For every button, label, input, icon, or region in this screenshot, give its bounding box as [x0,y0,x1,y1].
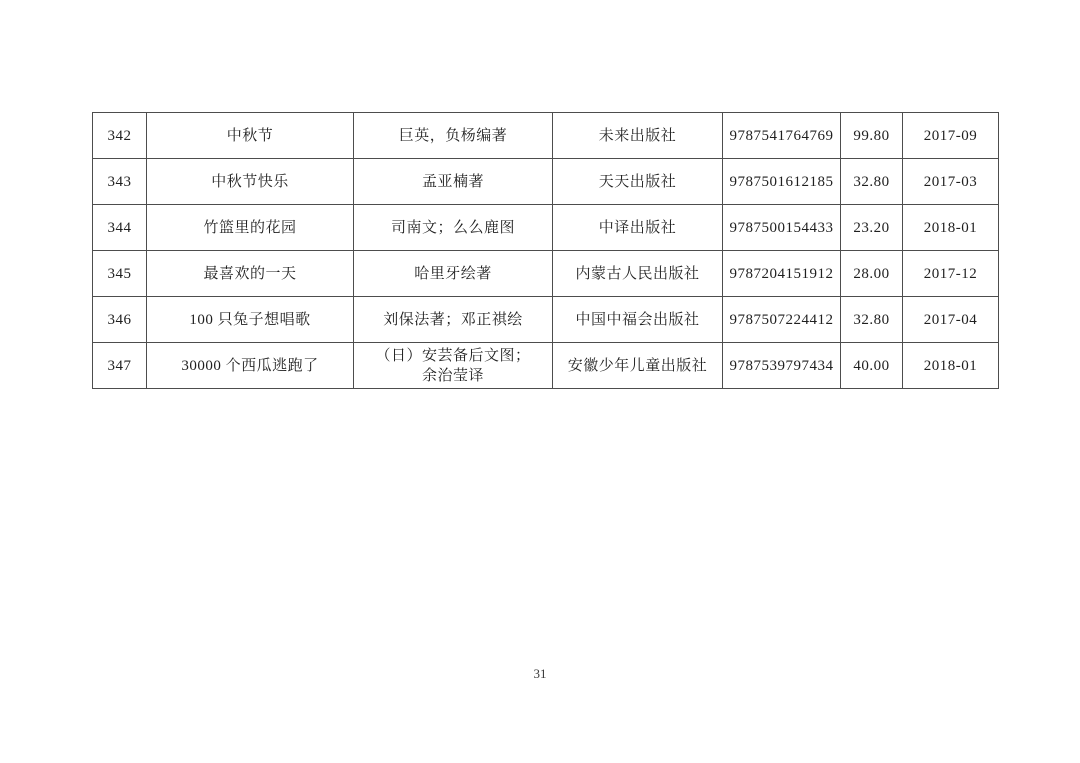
cell-date: 2017-12 [903,251,999,297]
cell-publisher: 中译出版社 [553,205,723,251]
book-list-table: 342 中秋节 巨英，负杨编著 未来出版社 9787541764769 99.8… [92,112,999,389]
table-row: 342 中秋节 巨英，负杨编著 未来出版社 9787541764769 99.8… [93,113,999,159]
table-row: 346 100 只兔子想唱歌 刘保法著；邓正祺绘 中国中福会出版社 978750… [93,297,999,343]
cell-price: 28.00 [841,251,903,297]
cell-index: 342 [93,113,147,159]
cell-title: 100 只兔子想唱歌 [147,297,354,343]
cell-isbn: 9787204151912 [723,251,841,297]
cell-isbn: 9787541764769 [723,113,841,159]
cell-author: 孟亚楠著 [354,159,553,205]
cell-price: 32.80 [841,297,903,343]
cell-isbn: 9787501612185 [723,159,841,205]
cell-title: 中秋节快乐 [147,159,354,205]
cell-publisher: 中国中福会出版社 [553,297,723,343]
cell-author: 巨英，负杨编著 [354,113,553,159]
cell-title: 竹篮里的花园 [147,205,354,251]
cell-title: 最喜欢的一天 [147,251,354,297]
table-row: 343 中秋节快乐 孟亚楠著 天天出版社 9787501612185 32.80… [93,159,999,205]
cell-date: 2017-04 [903,297,999,343]
cell-author: 刘保法著；邓正祺绘 [354,297,553,343]
cell-publisher: 未来出版社 [553,113,723,159]
table-row: 344 竹篮里的花园 司南文；么么鹿图 中译出版社 9787500154433 … [93,205,999,251]
cell-author: 司南文；么么鹿图 [354,205,553,251]
cell-title: 30000 个西瓜逃跑了 [147,343,354,389]
page-number: 31 [0,666,1080,682]
cell-date: 2017-03 [903,159,999,205]
cell-author: （日）安芸备后文图； 余治莹译 [354,343,553,389]
cell-title: 中秋节 [147,113,354,159]
cell-publisher: 内蒙古人民出版社 [553,251,723,297]
cell-price: 23.20 [841,205,903,251]
cell-isbn: 9787500154433 [723,205,841,251]
table-row: 345 最喜欢的一天 哈里牙绘著 内蒙古人民出版社 9787204151912 … [93,251,999,297]
cell-price: 40.00 [841,343,903,389]
cell-date: 2017-09 [903,113,999,159]
cell-index: 346 [93,297,147,343]
cell-isbn: 9787507224412 [723,297,841,343]
table-row: 347 30000 个西瓜逃跑了 （日）安芸备后文图； 余治莹译 安徽少年儿童出… [93,343,999,389]
cell-index: 345 [93,251,147,297]
cell-publisher: 安徽少年儿童出版社 [553,343,723,389]
cell-date: 2018-01 [903,205,999,251]
cell-publisher: 天天出版社 [553,159,723,205]
cell-index: 344 [93,205,147,251]
cell-price: 99.80 [841,113,903,159]
cell-index: 347 [93,343,147,389]
cell-index: 343 [93,159,147,205]
cell-date: 2018-01 [903,343,999,389]
cell-isbn: 9787539797434 [723,343,841,389]
cell-price: 32.80 [841,159,903,205]
cell-author: 哈里牙绘著 [354,251,553,297]
